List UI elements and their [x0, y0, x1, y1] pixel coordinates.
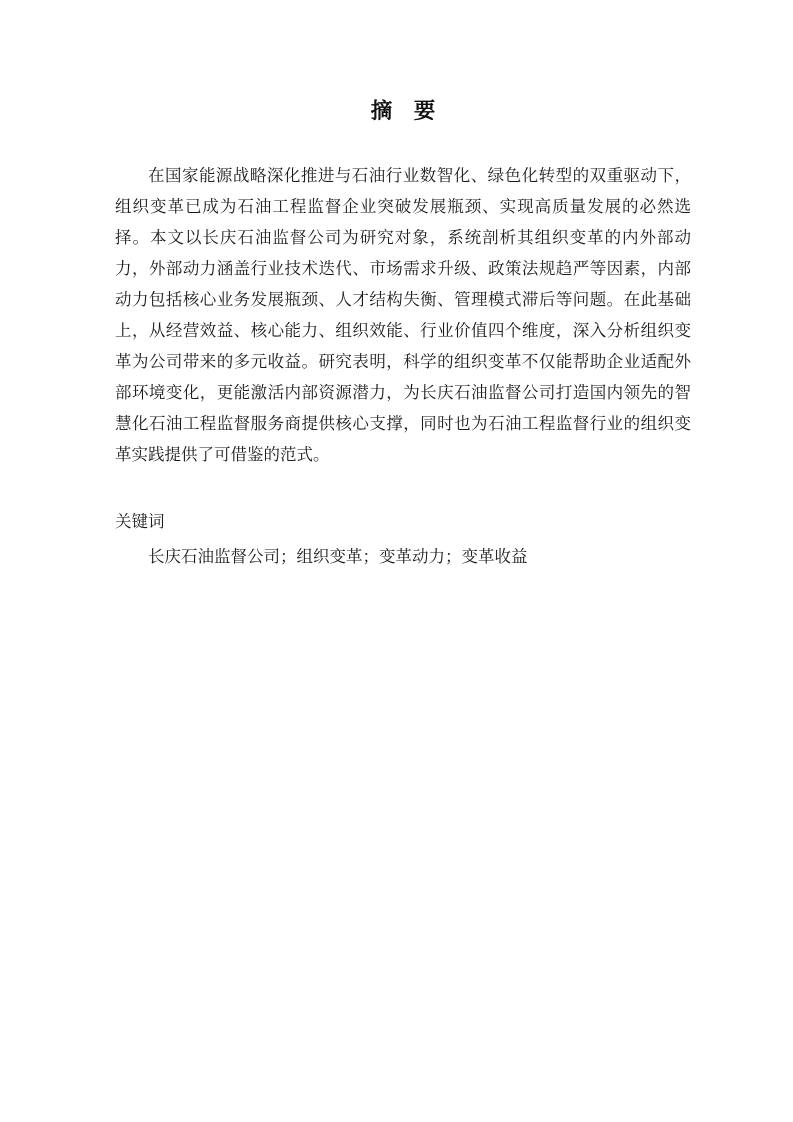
keywords-label: 关键词 [115, 504, 691, 539]
abstract-paragraph: 在国家能源战略深化推进与石油行业数智化、绿色化转型的双重驱动下，组织变革已成为石… [115, 160, 691, 470]
keywords-list: 长庆石油监督公司；组织变革；变革动力；变革收益 [115, 539, 691, 574]
keywords-section: 关键词 长庆石油监督公司；组织变革；变革动力；变革收益 [115, 504, 691, 574]
abstract-title: 摘 要 [115, 96, 691, 126]
document-page: 摘 要 在国家能源战略深化推进与石油行业数智化、绿色化转型的双重驱动下，组织变革… [0, 0, 793, 1122]
